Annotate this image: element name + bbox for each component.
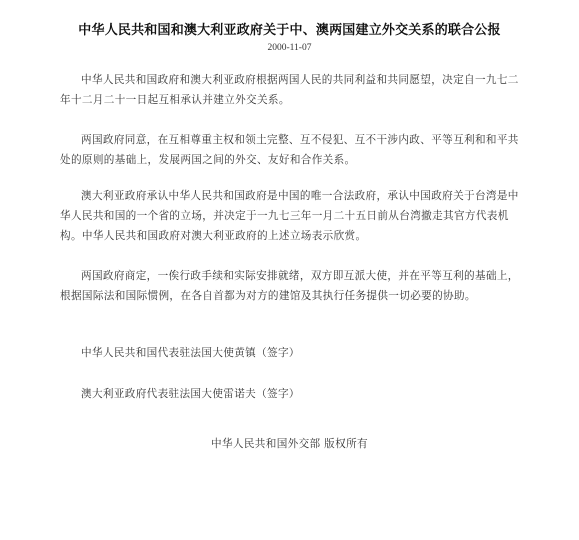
copyright-footer: 中华人民共和国外交部 版权所有 [0,436,579,451]
document-title: 中华人民共和国和澳大利亚政府关于中、澳两国建立外交关系的联合公报 [0,19,579,38]
document-date: 2000-11-07 [0,43,579,53]
signature-australia: 澳大利亚政府代表驻法国大使雷诺夫（签字） [81,386,300,401]
paragraph-2: 两国政府同意，在互相尊重主权和领土完整、互不侵犯、互不干涉内政、平等互利和和平共… [60,130,522,170]
paragraph-3: 澳大利亚政府承认中华人民共和国政府是中国的唯一合法政府，承认中国政府关于台湾是中… [60,186,522,246]
signature-china: 中华人民共和国代表驻法国大使黄镇（签字） [81,345,300,360]
paragraph-1: 中华人民共和国政府和澳大利亚政府根据两国人民的共同利益和共同愿望，决定自一九七二… [60,70,522,110]
paragraph-4: 两国政府商定，一俟行政手续和实际安排就绪，双方即互派大使，并在平等互利的基础上，… [60,266,522,306]
